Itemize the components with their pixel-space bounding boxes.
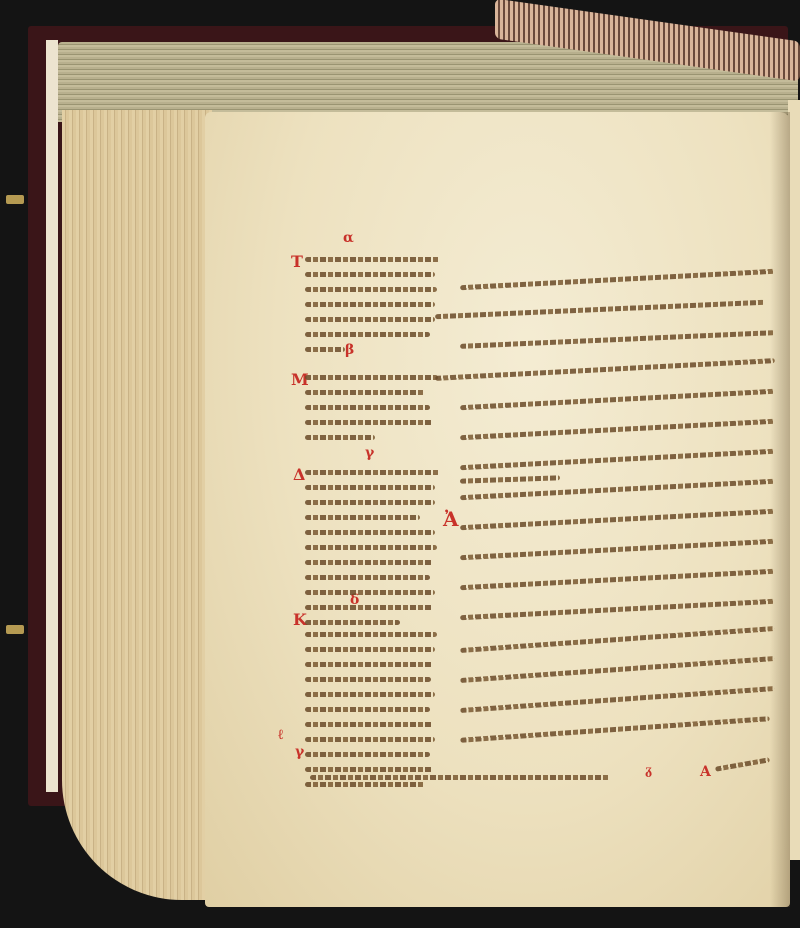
footer-text-line [310,775,610,780]
main-initial: Ἀ [443,507,459,531]
footer-right-text [715,757,770,771]
footer-rubric-mid: ᵹ [645,762,652,779]
margin-note: ℓ [278,727,283,744]
initial-letter: Κ [293,610,307,629]
initial-letter: Τ [291,252,303,271]
footer-rubric-right: Α [700,764,711,780]
endpaper [46,40,58,792]
margin-note: γ [295,744,304,760]
clasp-pin-bottom [6,625,24,634]
manuscript-page: α β γ δ Τ Μ Δ Κ [205,112,790,907]
section-number: β [345,342,354,358]
section-number: α [343,230,354,246]
section-number: γ [365,445,374,461]
fore-edge-pages [62,110,212,900]
initial-letter: Δ [293,465,305,484]
clasp-pin-top [6,195,24,204]
